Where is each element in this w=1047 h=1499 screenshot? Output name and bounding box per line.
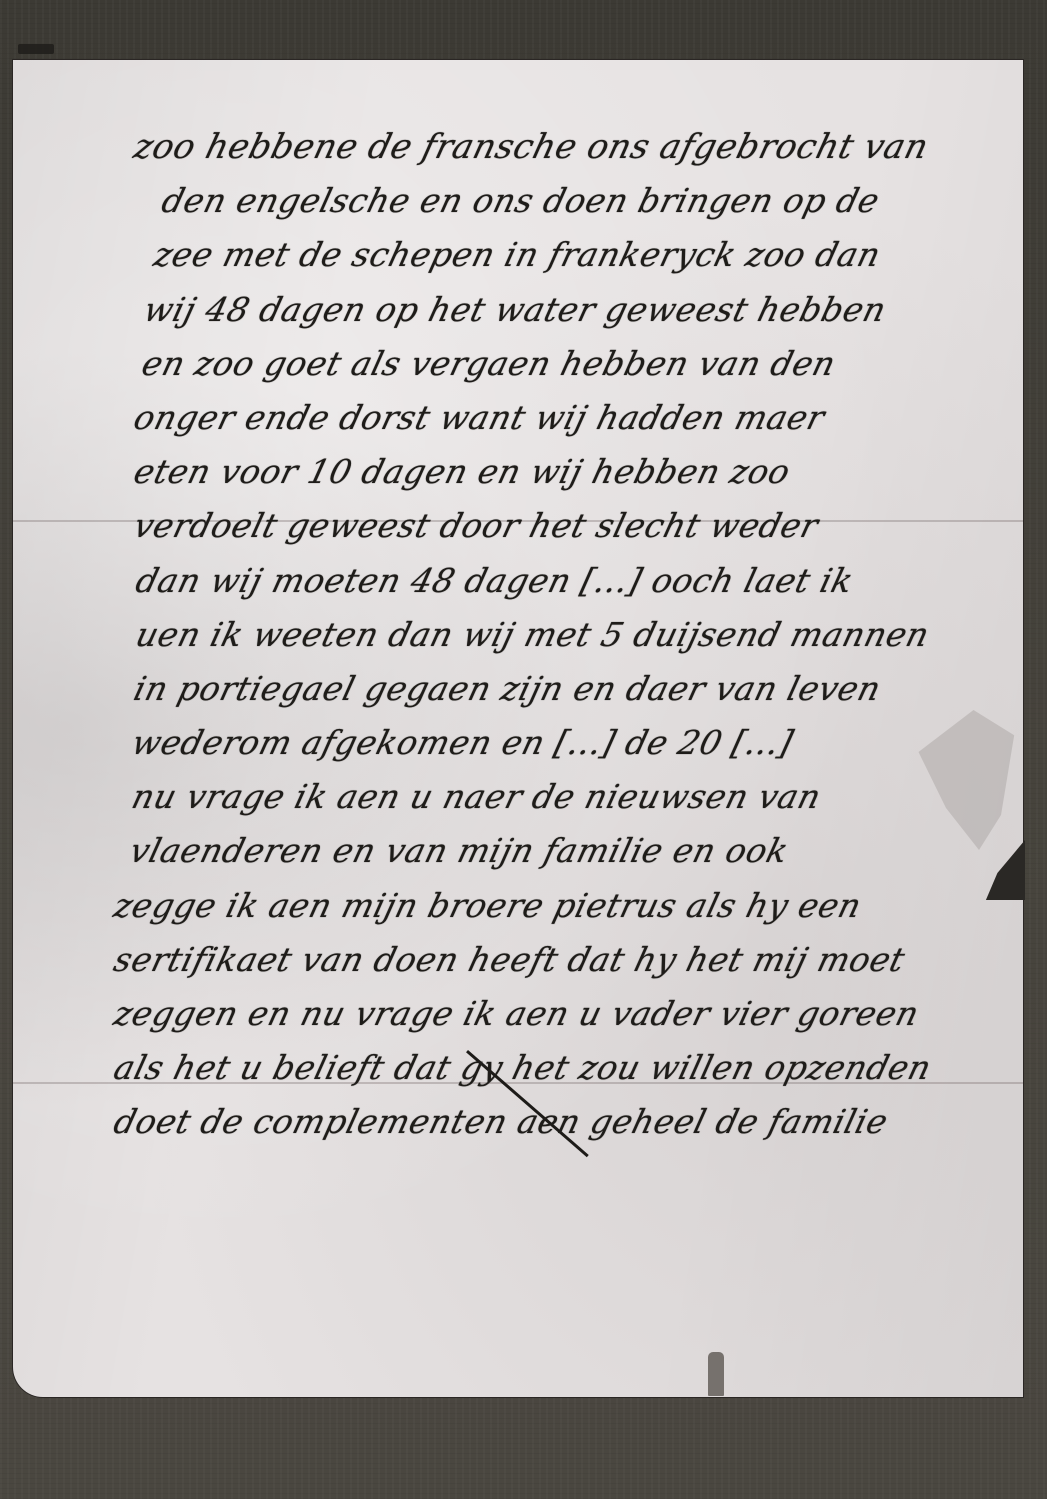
film-scratch-mark bbox=[18, 44, 54, 54]
letter-line: en zoo goet als vergaen hebben van den bbox=[136, 337, 1022, 391]
letter-text: zoo hebbene de fransche ons afgebrocht v… bbox=[108, 120, 1008, 1150]
letter-line: verdoelt geweest door het slecht weder bbox=[128, 499, 1022, 553]
letter-line: als het u belieft dat gy het zou willen … bbox=[108, 1041, 1022, 1095]
letter-line: in portiegael gegaen zijn en daer van le… bbox=[128, 662, 1022, 716]
letter-line: vlaenderen en van mijn familie en ook bbox=[124, 824, 1022, 878]
letter-line: den engelsche en ons doen bringen op de bbox=[156, 174, 1022, 228]
letter-line: wederom afgekomen en [...] de 20 [...] bbox=[126, 716, 1022, 770]
letter-line: uen ik weeten dan wij met 5 duijsend man… bbox=[130, 608, 1022, 662]
letter-line: nu vrage ik aen u naer de nieuwsen van bbox=[126, 770, 1022, 824]
letter-line: onger ende dorst want wij hadden maer bbox=[128, 391, 1022, 445]
letter-sheet: zoo hebbene de fransche ons afgebrocht v… bbox=[13, 60, 1023, 1397]
letter-line: eten voor 10 dagen en wij hebben zoo bbox=[128, 445, 1022, 499]
ink-stain bbox=[708, 1352, 724, 1396]
letter-line: sertifikaet van doen heeft dat hy het mi… bbox=[108, 933, 1022, 987]
letter-line: dan wij moeten 48 dagen [...] ooch laet … bbox=[130, 554, 1022, 608]
letter-line: zeggen en nu vrage ik aen u vader vier g… bbox=[108, 987, 1022, 1041]
letter-line: wij 48 dagen op het water geweest hebben bbox=[138, 283, 1022, 337]
document-photograph: zoo hebbene de fransche ons afgebrocht v… bbox=[0, 0, 1047, 1499]
letter-line: doet de complementen aen geheel de famil… bbox=[108, 1095, 1022, 1149]
letter-line: zegge ik aen mijn broere pietrus als hy … bbox=[108, 879, 1022, 933]
letter-line: zee met de schepen in frankeryck zoo dan bbox=[148, 228, 1022, 282]
letter-line: zoo hebbene de fransche ons afgebrocht v… bbox=[128, 120, 1022, 174]
